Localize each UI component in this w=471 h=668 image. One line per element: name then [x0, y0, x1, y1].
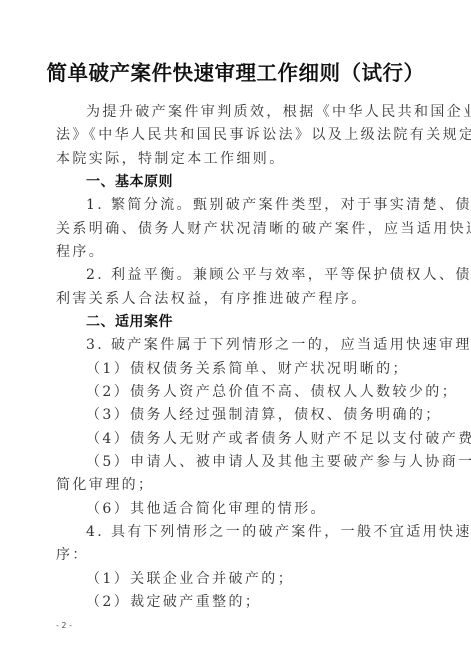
paragraph-line: （5）申请人、被申请人及其他主要破产参与人协商一致同意 — [86, 454, 450, 470]
paragraph-line: （4）债务人无财产或者债务人财产不足以支付破产费用的； — [86, 431, 450, 447]
paragraph-line: 程序。 — [56, 244, 420, 260]
paragraph-line: （2）债务人资产总价值不高、债权人人数较少的； — [86, 384, 450, 400]
section-heading: 一、基本原则 — [86, 174, 450, 190]
paragraph-line: 4. 具有下列情形之一的破产案件，一般不宜适用快速审理程 — [86, 524, 450, 540]
paragraph-line: 3. 破产案件属于下列情形之一的，应当适用快速审理程序： — [86, 337, 450, 353]
paragraph-line: 关系明确、债务人财产状况清晰的破产案件，应当适用快速审理 — [56, 221, 420, 237]
paragraph-line: 简化审理的； — [56, 477, 420, 493]
paragraph-line: （1）关联企业合并破产的； — [86, 571, 450, 587]
section-heading: 二、适用案件 — [86, 314, 450, 330]
paragraph-line: 2. 利益平衡。兼顾公平与效率，平等保护债权人、债务人等 — [86, 267, 450, 283]
paragraph-line: （2）裁定破产重整的； — [86, 594, 450, 610]
paragraph-line: 序： — [56, 547, 420, 563]
paragraph-line: （3）债务人经过强制清算，债权、债务明确的； — [86, 407, 450, 423]
paragraph-line: （6）其他适合简化审理的情形。 — [86, 501, 450, 517]
document-title: 简单破产案件快速审理工作细则（试行） — [0, 56, 471, 86]
paragraph-line: 本院实际，特制定本工作细则。 — [56, 151, 420, 167]
paragraph-line: （1）债权债务关系简单、财产状况明晰的； — [86, 361, 450, 377]
paragraph-line: 法》《中华人民共和国民事诉讼法》以及上级法院有关规定，结合 — [56, 127, 420, 143]
page-number: - 2 - — [56, 621, 72, 630]
paragraph-line: 为提升破产案件审判质效，根据《中华人民共和国企业破产 — [86, 104, 450, 120]
paragraph-line: 利害关系人合法权益，有序推进破产程序。 — [56, 291, 420, 307]
paragraph-line: 1. 繁简分流。甄别破产案件类型，对于事实清楚、债权债务 — [86, 197, 450, 213]
